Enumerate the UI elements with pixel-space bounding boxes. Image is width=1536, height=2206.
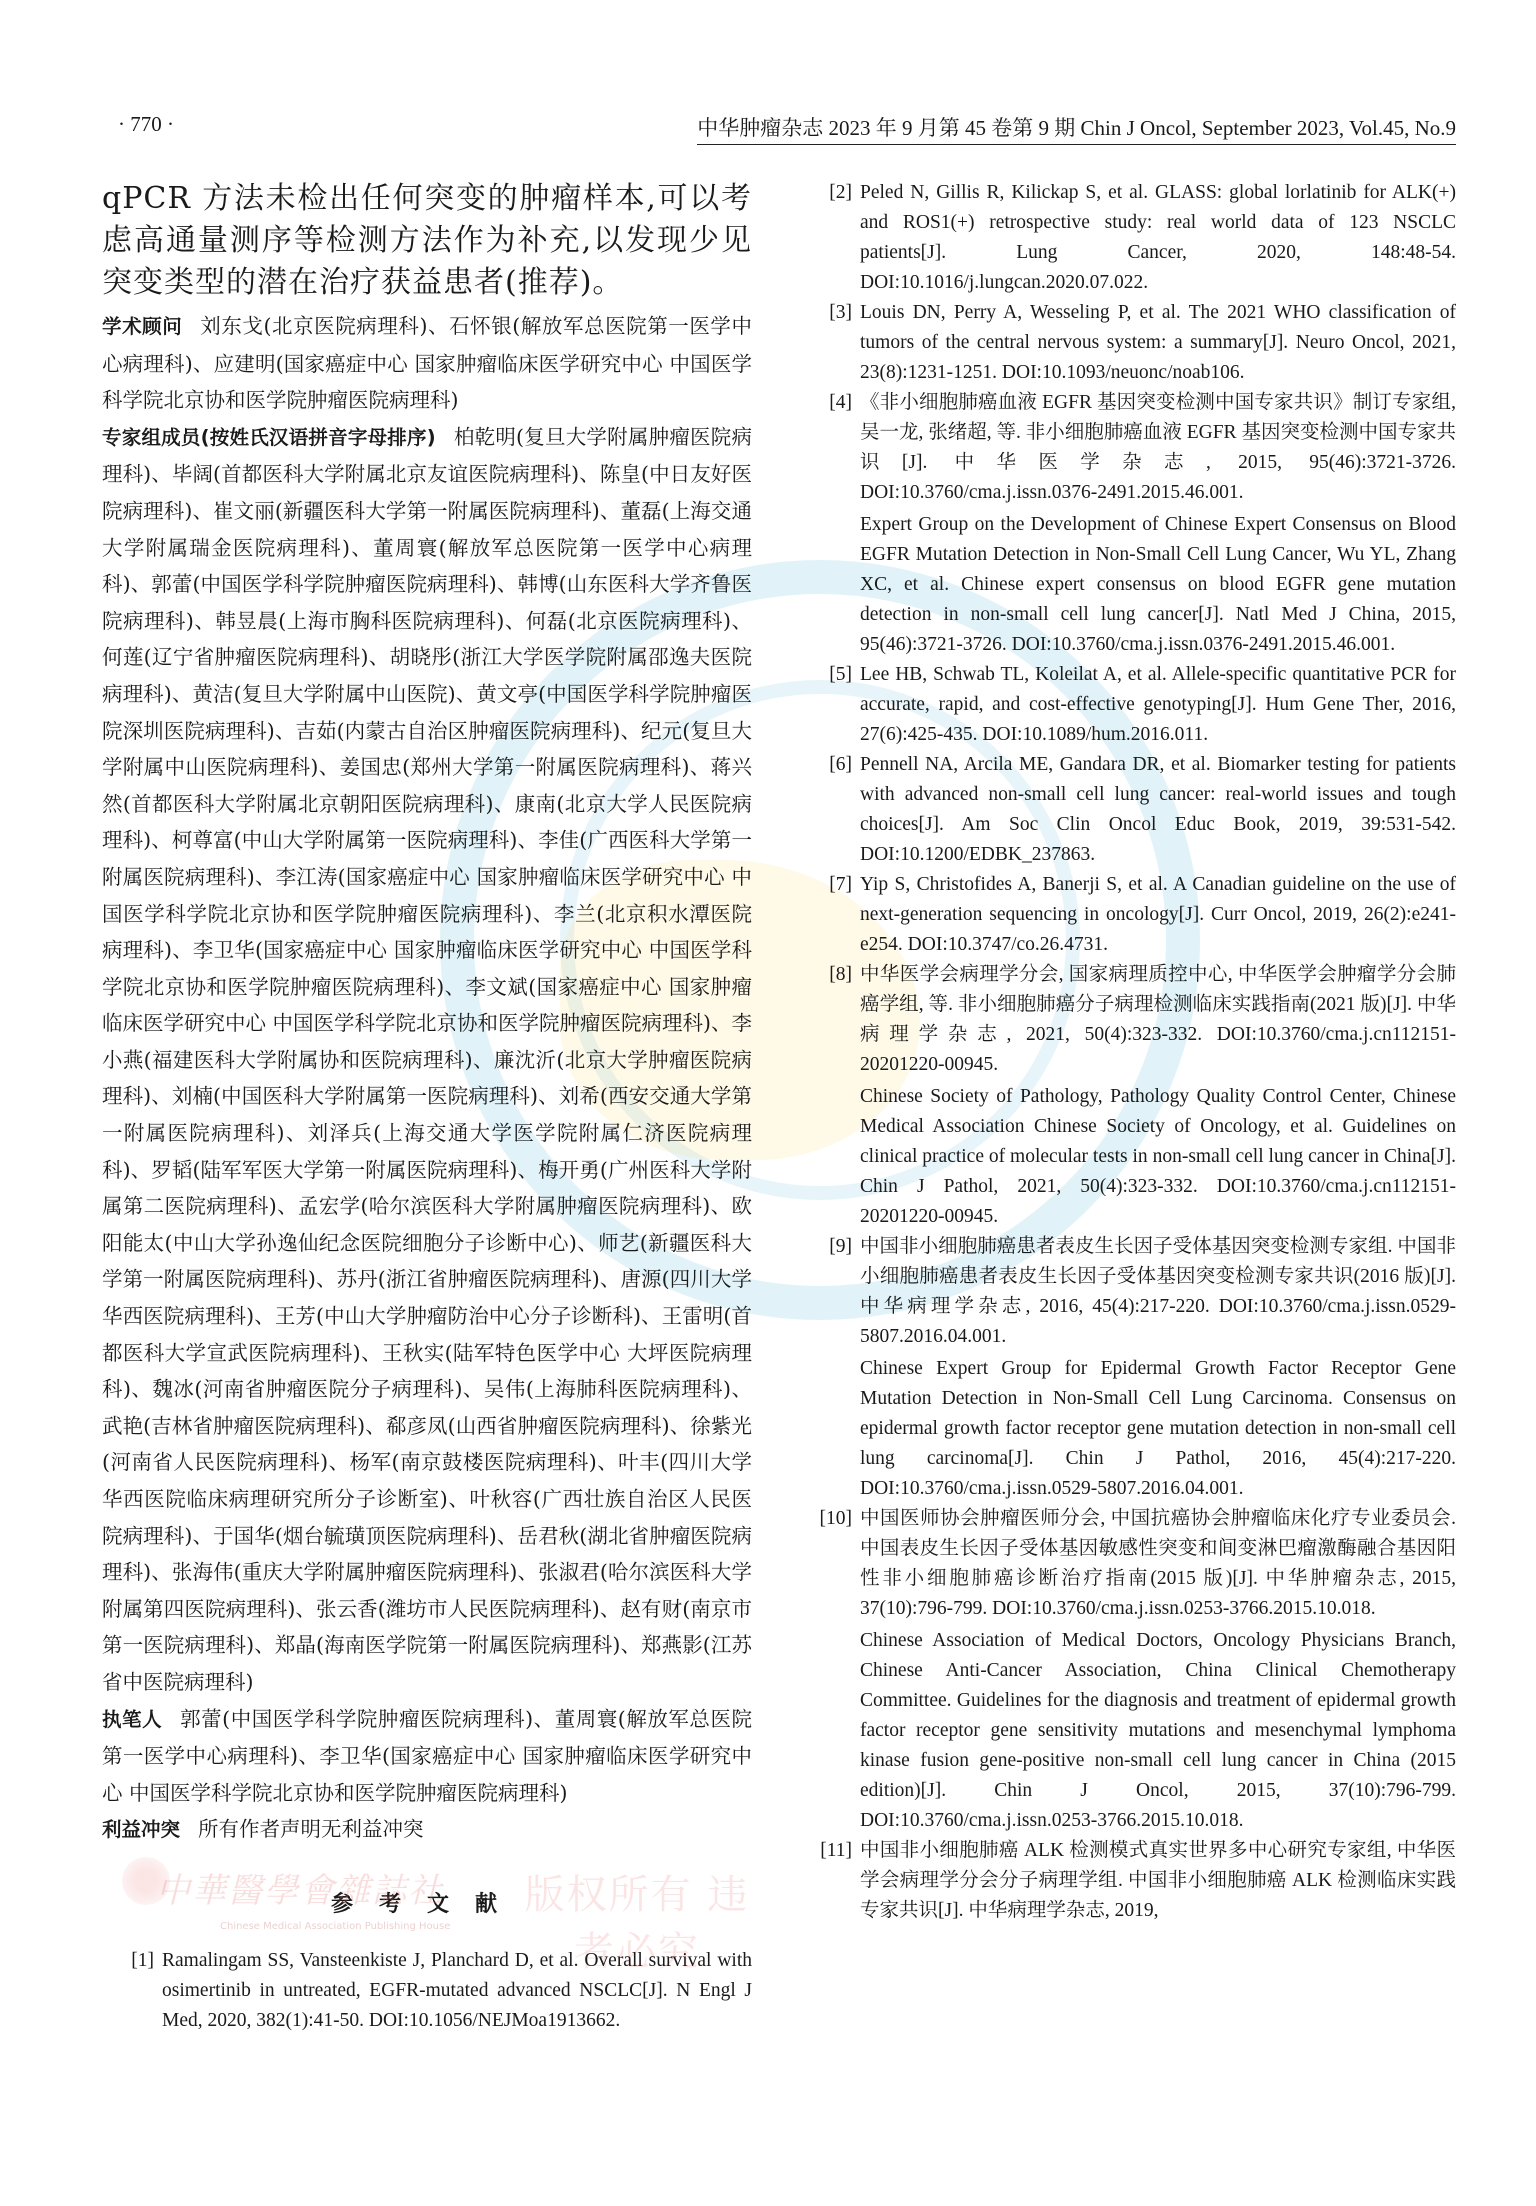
- reference-number: [11]: [800, 1836, 852, 1866]
- reference-item: [10] 中国医师协会肿瘤医师分会, 中国抗癌协会肿瘤临床化疗专业委员会. 中国…: [800, 1504, 1456, 1836]
- conflict-section: 利益冲突所有作者声明无利益冲突: [102, 1811, 752, 1849]
- reference-text: 中国医师协会肿瘤医师分会, 中国抗癌协会肿瘤临床化疗专业委员会. 中国表皮生长因…: [860, 1504, 1456, 1624]
- writers-text: 郭蕾(中国医学科学院肿瘤医院病理科)、董周寰(解放军总医院第一医学中心病理科)、…: [102, 1707, 752, 1805]
- reference-translation: Chinese Expert Group for Epidermal Growt…: [860, 1354, 1456, 1504]
- reference-text: 中华医学会病理学分会, 国家病理质控中心, 中华医学会肿瘤学分会肺癌学组, 等.…: [860, 960, 1456, 1080]
- advisors-label: 学术顾问: [102, 315, 182, 338]
- reference-translation: Chinese Society of Pathology, Pathology …: [860, 1082, 1456, 1232]
- journal-citation-line: 中华肿瘤杂志 2023 年 9 月第 45 卷第 9 期 Chin J Onco…: [697, 112, 1456, 145]
- reference-item: [4] 《非小细胞肺癌血液 EGFR 基因突变检测中国专家共识》制订专家组, 吴…: [800, 388, 1456, 660]
- reference-item: [8] 中华医学会病理学分会, 国家病理质控中心, 中华医学会肿瘤学分会肺癌学组…: [800, 960, 1456, 1232]
- reference-item: [6] Pennell NA, Arcila ME, Gandara DR, e…: [800, 750, 1456, 870]
- reference-number: [9]: [800, 1232, 852, 1262]
- reference-number: [10]: [800, 1504, 852, 1534]
- writers-label: 执笔人: [102, 1708, 162, 1731]
- experts-section: 专家组成员(按姓氏汉语拼音字母排序)柏乾明(复旦大学附属肿瘤医院病理科)、毕阔(…: [102, 419, 752, 1701]
- reference-item: [1] Ramalingam SS, Vansteenkiste J, Plan…: [102, 1946, 752, 2036]
- reference-item: [3] Louis DN, Perry A, Wesseling P, et a…: [800, 298, 1456, 388]
- reference-text: 中国非小细胞肺癌 ALK 检测模式真实世界多中心研究专家组, 中华医学会病理学分…: [860, 1836, 1456, 1926]
- reference-number: [7]: [800, 870, 852, 900]
- right-column: [2] Peled N, Gillis R, Kilickap S, et al…: [800, 178, 1456, 1926]
- reference-number: [6]: [800, 750, 852, 780]
- publisher-watermark-en: Chinese Medical Association Publishing H…: [220, 1921, 450, 1932]
- reference-text: 《非小细胞肺癌血液 EGFR 基因突变检测中国专家共识》制订专家组, 吴一龙, …: [860, 388, 1456, 508]
- reference-item: [5] Lee HB, Schwab TL, Koleilat A, et al…: [800, 660, 1456, 750]
- reference-text: Ramalingam SS, Vansteenkiste J, Planchar…: [162, 1946, 752, 2036]
- advisors-section: 学术顾问刘东戈(北京医院病理科)、石怀银(解放军总医院第一医学中心病理科)、应建…: [102, 308, 752, 419]
- conflict-label: 利益冲突: [102, 1818, 180, 1841]
- lead-paragraph: qPCR 方法未检出任何突变的肿瘤样本,可以考虑高通量测序等检测方法作为补充,以…: [102, 178, 752, 304]
- reference-text: 中国非小细胞肺癌患者表皮生长因子受体基因突变检测专家组. 中国非小细胞肺癌患者表…: [860, 1232, 1456, 1352]
- reference-number: [5]: [800, 660, 852, 690]
- experts-label: 专家组成员(按姓氏汉语拼音字母排序): [102, 426, 436, 449]
- reference-text: Pennell NA, Arcila ME, Gandara DR, et al…: [860, 750, 1456, 870]
- reference-item: [2] Peled N, Gillis R, Kilickap S, et al…: [800, 178, 1456, 298]
- page-number: · 770 ·: [118, 112, 174, 137]
- reference-text: Louis DN, Perry A, Wesseling P, et al. T…: [860, 298, 1456, 388]
- reference-item: [9] 中国非小细胞肺癌患者表皮生长因子受体基因突变检测专家组. 中国非小细胞肺…: [800, 1232, 1456, 1504]
- reference-number: [2]: [800, 178, 852, 208]
- reference-translation: Chinese Association of Medical Doctors, …: [860, 1626, 1456, 1836]
- left-column: qPCR 方法未检出任何突变的肿瘤样本,可以考虑高通量测序等检测方法作为补充,以…: [102, 178, 752, 2036]
- reference-number: [1]: [102, 1946, 154, 1976]
- reference-text: Peled N, Gillis R, Kilickap S, et al. GL…: [860, 178, 1456, 298]
- reference-item: [11] 中国非小细胞肺癌 ALK 检测模式真实世界多中心研究专家组, 中华医学…: [800, 1836, 1456, 1926]
- advisors-text: 刘东戈(北京医院病理科)、石怀银(解放军总医院第一医学中心病理科)、应建明(国家…: [102, 314, 752, 412]
- reference-text: Yip S, Christofides A, Banerji S, et al.…: [860, 870, 1456, 960]
- reference-translation: Expert Group on the Development of Chine…: [860, 510, 1456, 660]
- reference-number: [8]: [800, 960, 852, 990]
- writers-section: 执笔人郭蕾(中国医学科学院肿瘤医院病理科)、董周寰(解放军总医院第一医学中心病理…: [102, 1701, 752, 1812]
- publisher-watermark: 中華醫學會雜誌社: [156, 1863, 516, 1919]
- running-header: · 770 · 中华肿瘤杂志 2023 年 9 月第 45 卷第 9 期 Chi…: [102, 110, 1456, 146]
- reference-number: [3]: [800, 298, 852, 328]
- reference-number: [4]: [800, 388, 852, 418]
- reference-item: [7] Yip S, Christofides A, Banerji S, et…: [800, 870, 1456, 960]
- references-heading-area: 中華醫學會雜誌社 Chinese Medical Association Pub…: [102, 1887, 752, 1918]
- conflict-text: 所有作者声明无利益冲突: [198, 1817, 424, 1841]
- experts-text: 柏乾明(复旦大学附属肿瘤医院病理科)、毕阔(首都医科大学附属北京友谊医院病理科)…: [102, 425, 752, 1694]
- reference-text: Lee HB, Schwab TL, Koleilat A, et al. Al…: [860, 660, 1456, 750]
